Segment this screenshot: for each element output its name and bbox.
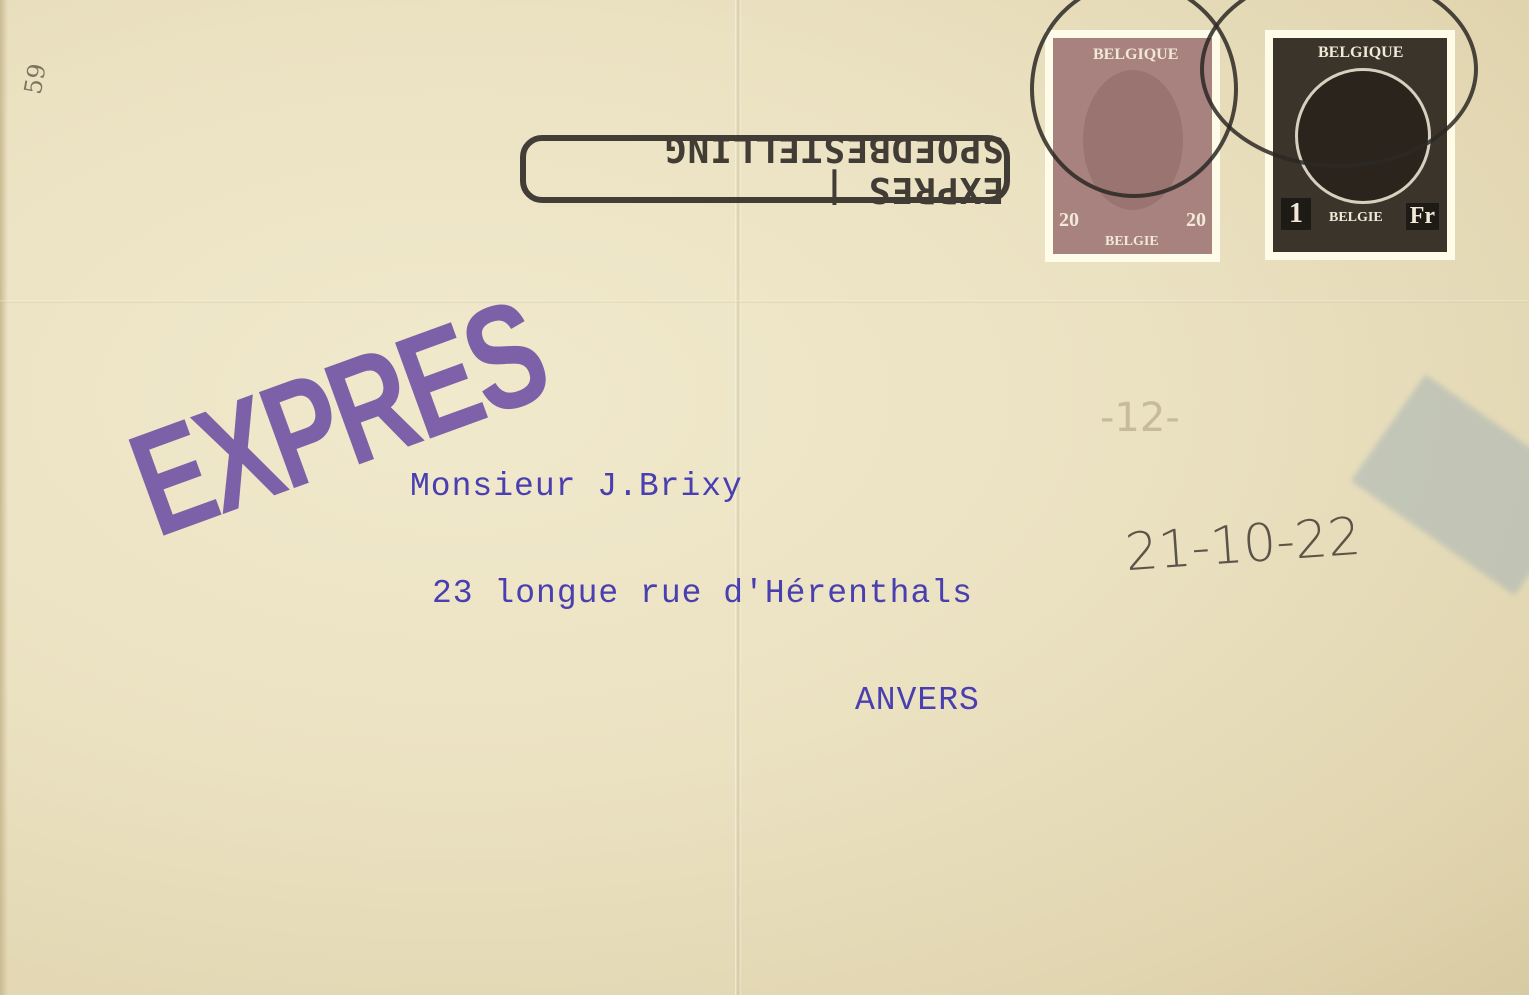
stamp-value-left: 20: [1059, 209, 1079, 232]
stamp-unit: Fr: [1406, 203, 1439, 230]
pencil-note: 59: [19, 62, 52, 97]
express-cachet: EXPRES | SPOEDBESTELLING: [520, 135, 1010, 203]
stamp-value: 1: [1281, 198, 1311, 230]
stamp-value-right: 20: [1186, 209, 1206, 232]
faint-pencil-mark: -12-: [1100, 395, 1180, 441]
cachet-text: EXPRES | SPOEDBESTELLING: [526, 128, 1004, 210]
stamp-country-nl: BELGIE: [1329, 210, 1383, 226]
address-line-3: ANVERS: [855, 682, 980, 719]
tape-residue: [1351, 374, 1529, 595]
fold-crease-horizontal: [0, 300, 1529, 303]
address-line-2: 23 longue rue d'Hérenthals: [432, 575, 973, 612]
envelope: 59 EXPRES EXPRES | SPOEDBESTELLING BELGI…: [0, 0, 1529, 995]
address-line-1: Monsieur J.Brixy: [410, 468, 743, 505]
envelope-edge: [0, 0, 8, 995]
expres-handstamp: EXPRES: [110, 266, 565, 572]
stamp-country-nl: BELGIE: [1105, 234, 1159, 250]
engraver-credit: G.MONTENEZ: [1327, 241, 1379, 250]
handwritten-date: 21-10-22: [1123, 507, 1363, 583]
